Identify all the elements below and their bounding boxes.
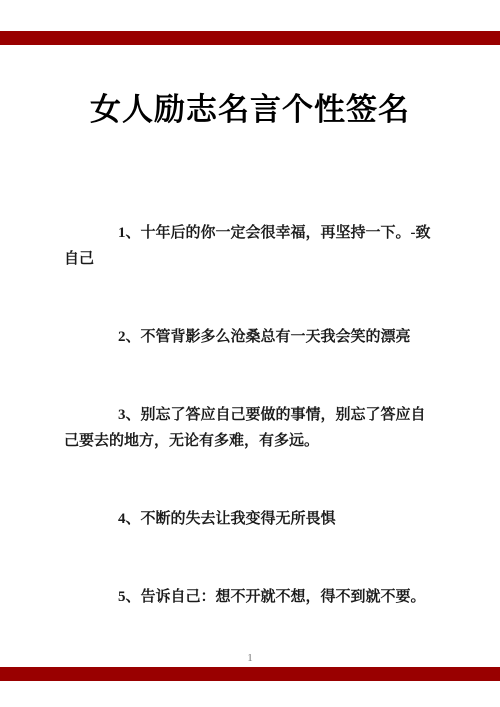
top-accent-bar — [0, 31, 500, 45]
page-number: 1 — [0, 652, 500, 665]
quote-item: 1、十年后的你一定会很幸福，再坚持一下。-致自己 — [64, 220, 436, 272]
quote-item: 2、不管背影多么沧桑总有一天我会笑的漂亮 — [64, 324, 436, 350]
document-page: 女人励志名言个性签名 1、十年后的你一定会很幸福，再坚持一下。-致自己2、不管背… — [0, 0, 500, 707]
bottom-accent-bar — [0, 667, 500, 681]
quote-list: 1、十年后的你一定会很幸福，再坚持一下。-致自己2、不管背影多么沧桑总有一天我会… — [64, 220, 436, 662]
document-title: 女人励志名言个性签名 — [0, 84, 500, 129]
quote-item: 4、不断的失去让我变得无所畏惧 — [64, 506, 436, 532]
quote-item: 3、别忘了答应自己要做的事情，别忘了答应自己要去的地方，无论有多难，有多远。 — [64, 402, 436, 454]
quote-item: 5、告诉自己：想不开就不想，得不到就不要。 — [64, 584, 436, 610]
